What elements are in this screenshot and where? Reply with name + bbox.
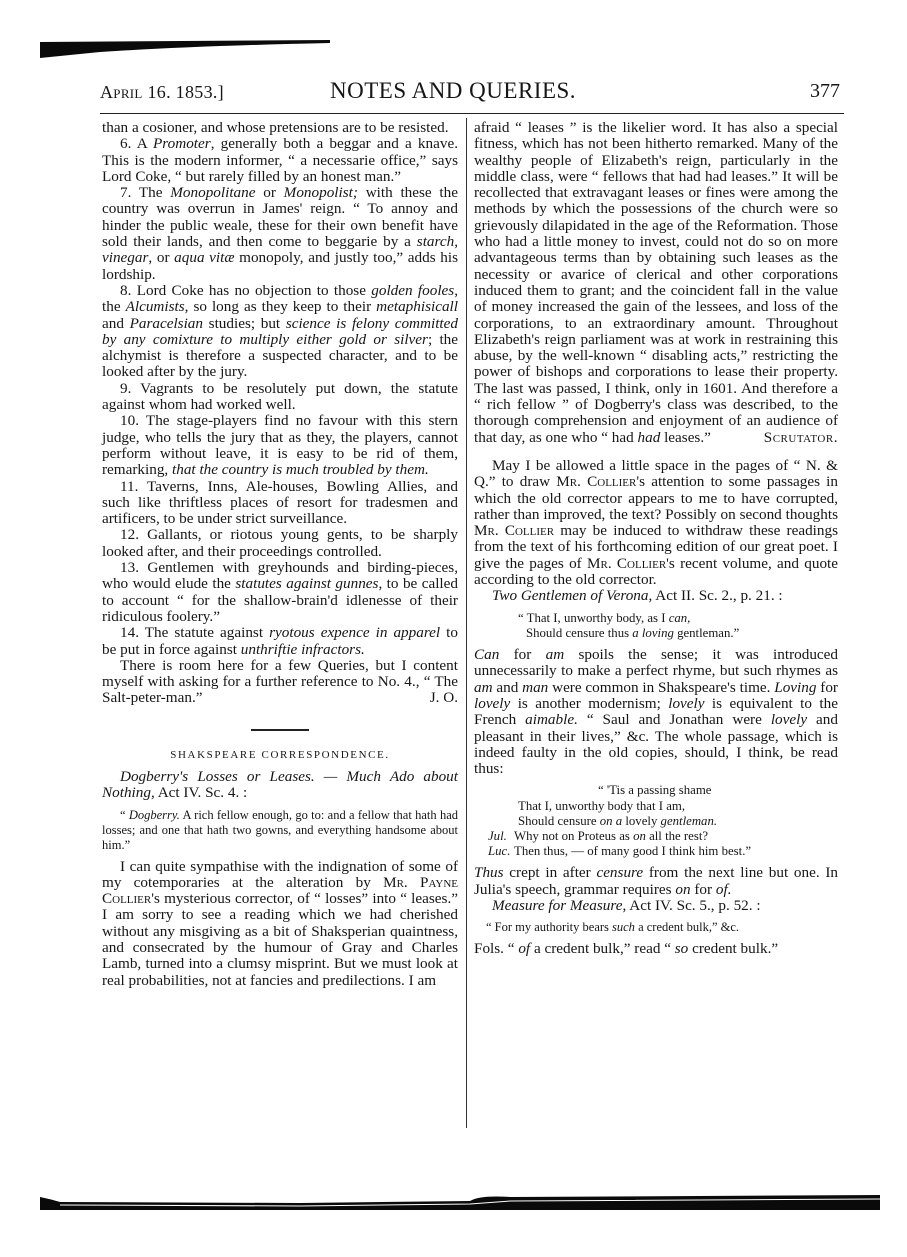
name-smallcaps: Mr. Collier — [556, 473, 636, 490]
item-11-taverns: 11. Taverns, Inns, Ale-houses, Bowling A… — [102, 479, 458, 528]
item-9-vagrants: 9. Vagrants to be resolutely put down, t… — [102, 381, 458, 414]
italic-title: Two Gentlemen of Verona — [492, 587, 649, 604]
text: “ For my authority bears — [486, 920, 612, 934]
signature: Scrutator. — [764, 430, 838, 446]
italic-term: can, — [669, 611, 691, 625]
text: That I, unworthy body that I am, — [518, 799, 685, 813]
measure-title: Measure for Measure, Act IV. Sc. 5., p. … — [474, 898, 838, 914]
italic-term: statutes against gunnes — [235, 575, 378, 592]
collier-paragraph: May I be allowed a little space in the p… — [474, 458, 838, 588]
verse-line: Luc.Then thus, — of many good I think hi… — [518, 844, 838, 859]
section-heading: SHAKSPEARE CORRESPONDENCE. — [102, 747, 458, 763]
sympathise-paragraph: I can quite sympathise with the indignat… — [102, 859, 458, 989]
verona-title: Two Gentlemen of Verona, Act II. Sc. 2.,… — [474, 588, 838, 604]
italic-term: censure — [596, 864, 643, 881]
italic-term: golden fooles — [371, 282, 454, 299]
item-12-gallants: 12. Gallants, or riotous young gents, to… — [102, 527, 458, 560]
italic-term: Promoter — [153, 135, 211, 152]
italic-term: Can — [474, 646, 499, 663]
section-separator — [251, 729, 309, 731]
text: Should censure — [518, 814, 600, 828]
verona-quote: “ That I, unworthy body, as I can, Shoul… — [474, 611, 838, 641]
item-10-stage-players: 10. The stage-players find no favour wit… — [102, 413, 458, 478]
text: , so long as they keep to their — [185, 298, 377, 315]
italic-term: on a — [600, 814, 622, 828]
italic-term: on — [633, 829, 646, 843]
italic-term: of. — [716, 881, 732, 898]
text: were common in Shakspeare's time. — [548, 679, 774, 696]
italic-term: that the country is much troubled by the… — [172, 461, 429, 478]
text: a credent bulk,” read “ — [530, 940, 675, 957]
italic-term: such — [612, 920, 635, 934]
text: , or — [148, 249, 174, 266]
italic-term: am — [546, 646, 565, 663]
italic-term: of — [518, 940, 530, 957]
italic-term: vinegar — [102, 249, 148, 266]
italic-term: had — [638, 429, 661, 446]
page-number: 377 — [810, 80, 840, 103]
dogberry-title: Dogberry's Losses or Leases. — Much Ado … — [102, 769, 458, 802]
speaker: Luc. — [488, 844, 514, 859]
verse-line: Should censure thus a loving gentleman.” — [518, 626, 838, 641]
text: leases.” — [660, 429, 711, 446]
text: 14. The statute against — [120, 624, 269, 641]
measure-quote: “ For my authority bears such a credent … — [474, 920, 838, 935]
dogberry-quote: “ Dogberry. A rich fellow enough, go to:… — [102, 808, 458, 853]
verse-line: That I, unworthy body that I am, — [518, 799, 838, 814]
text: afraid “ leases ” is the likelier word. … — [474, 119, 838, 446]
item-6-promoter: 6. A Promoter, generally both a beggar a… — [102, 136, 458, 185]
text: crept in after — [504, 864, 597, 881]
italic-term: Monopolist; — [284, 184, 358, 201]
right-column: afraid “ leases ” is the likelier word. … — [474, 120, 838, 958]
text: Fols. “ — [474, 940, 518, 957]
running-header: April 16. 1853.] NOTES AND QUERIES. 377 — [100, 78, 840, 108]
text: a credent bulk,” &c. — [635, 920, 739, 934]
text: gentleman.” — [674, 626, 739, 640]
italic-term: starch — [417, 233, 454, 250]
name-smallcaps: Mr. Collier — [474, 522, 554, 539]
thus-paragraph: Thus crept in after censure from the nex… — [474, 865, 838, 898]
date-day-year: 16. 1853.] — [147, 82, 224, 102]
leases-paragraph: afraid “ leases ” is the likelier word. … — [474, 120, 838, 446]
italic-term: Alcumists — [126, 298, 185, 315]
italic-term: man — [522, 679, 548, 696]
journal-title: NOTES AND QUERIES. — [330, 78, 576, 104]
top-decorative-bar — [40, 40, 330, 62]
verse-line: “ 'Tis a passing shame — [518, 783, 838, 798]
italic-term: aimable. — [525, 711, 578, 728]
italic-term: so — [675, 940, 689, 957]
verse-line: Should censure on a lovely gentleman. — [518, 814, 838, 829]
text: , Act IV. Sc. 4. : — [151, 784, 247, 801]
fols-line: Fols. “ of a credent bulk,” read “ so cr… — [474, 941, 838, 957]
italic-term: Loving — [774, 679, 816, 696]
text: Then thus, — of many good I think him be… — [514, 844, 751, 858]
closing-paragraph: There is room here for a few Queries, bu… — [102, 658, 458, 707]
text: for — [499, 646, 545, 663]
italic-term: on — [675, 881, 690, 898]
text: 's mysterious corrector, of “ losses” in… — [102, 890, 458, 988]
verse-line: “ That I, unworthy body, as I can, — [518, 611, 838, 626]
left-column: than a cosioner, and whose pretensions a… — [102, 120, 458, 989]
text: than a cosioner, and whose pretensions a… — [102, 119, 449, 136]
date-month: April — [100, 82, 143, 102]
text: credent bulk.” — [688, 940, 778, 957]
italic-term: ryotous expence in apparel — [269, 624, 440, 641]
text: or — [255, 184, 283, 201]
text: , Act II. Sc. 2., p. 21. : — [649, 587, 783, 604]
speaker: Jul. — [488, 829, 514, 844]
text: Why not on Proteus as — [514, 829, 633, 843]
text: studies; but — [203, 315, 286, 332]
text: “ That I, unworthy body, as I — [518, 611, 669, 625]
text: lovely — [622, 814, 660, 828]
verse-line: Jul.Why not on Proteus as on all the res… — [518, 829, 838, 844]
name-smallcaps: Mr. Collier — [587, 555, 666, 572]
text: “ — [120, 808, 129, 822]
text: Should censure thus — [526, 626, 632, 640]
text: “ Saul and Jonathan were — [578, 711, 771, 728]
column-divider — [466, 118, 467, 1128]
italic-term: unthriftie infractors. — [241, 641, 365, 658]
italic-term: am — [474, 679, 493, 696]
text: all the rest? — [646, 829, 708, 843]
text: for — [691, 881, 716, 898]
text: 7. The — [120, 184, 170, 201]
text: , Act IV. Sc. 5., p. 52. : — [622, 897, 760, 914]
italic-term: a loving — [632, 626, 674, 640]
paragraph-cosioner: than a cosioner, and whose pretensions a… — [102, 120, 458, 136]
item-14-apparel: 14. The statute against ryotous expence … — [102, 625, 458, 658]
text: for — [816, 679, 838, 696]
text: and — [102, 315, 130, 332]
header-rule — [100, 113, 844, 114]
corrected-verse: “ 'Tis a passing shame That I, unworthy … — [474, 783, 838, 859]
item-13-gentlemen: 13. Gentlemen with greyhounds and birdin… — [102, 560, 458, 625]
item-7-monopolist: 7. The Monopolitane or Monopolist; with … — [102, 185, 458, 283]
italic-term: Paracelsian — [130, 315, 203, 332]
text: 12. Gallants, or riotous young gents, to… — [102, 526, 458, 559]
text: 11. Taverns, Inns, Ale-houses, Bowling A… — [102, 478, 458, 528]
item-8-alchymists: 8. Lord Coke has no objection to those g… — [102, 283, 458, 381]
italic-term: lovely — [474, 695, 510, 712]
text: “ 'Tis a passing shame — [598, 783, 711, 797]
italic-term: lovely — [771, 711, 807, 728]
italic-title: Measure for Measure — [492, 897, 622, 914]
bottom-decorative-bar — [40, 1195, 880, 1215]
italic-term: aqua vitæ — [174, 249, 234, 266]
italic-term: Monopolitane — [170, 184, 255, 201]
text: and — [493, 679, 523, 696]
italic-term: metaphisicall — [376, 298, 458, 315]
signature: J. O. — [412, 690, 458, 706]
text: , — [454, 233, 458, 250]
can-for-am-paragraph: Can for am spoils the sense; it was intr… — [474, 647, 838, 777]
issue-date: April 16. 1853.] — [100, 82, 224, 103]
text: 9. Vagrants to be resolutely put down, t… — [102, 380, 458, 413]
text: is another modernism; — [510, 695, 668, 712]
speaker: Dogberry. — [129, 808, 180, 822]
italic-term: Thus — [474, 864, 504, 881]
italic-term: lovely — [668, 695, 704, 712]
italic-term: gentleman. — [661, 814, 718, 828]
text: There is room here for a few Queries, bu… — [102, 657, 458, 707]
text: 8. Lord Coke has no objection to those — [120, 282, 371, 299]
text: 6. A — [120, 135, 153, 152]
